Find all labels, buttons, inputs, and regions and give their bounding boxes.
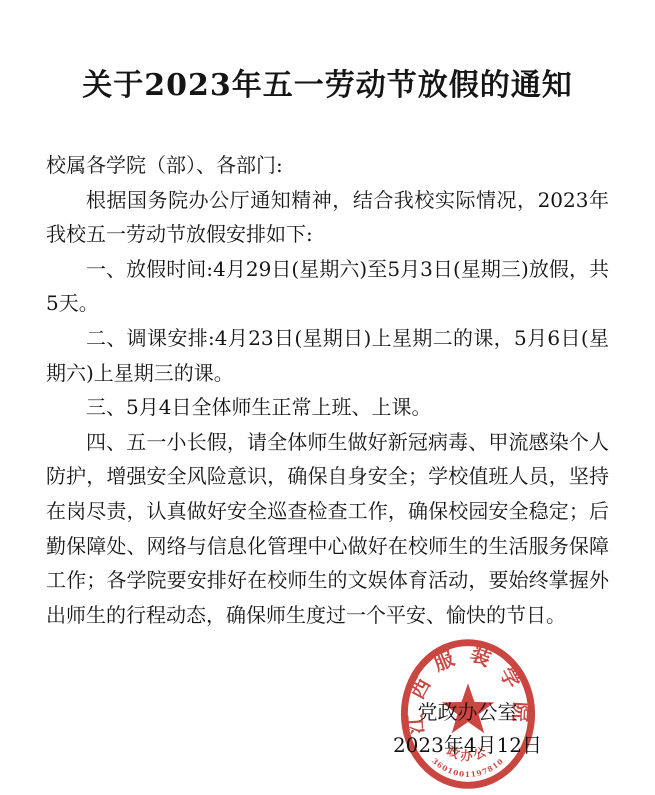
signature-office: 党政办公室 [355,696,580,729]
notice-body: 校属各学院（部）、各部门: 根据国务院办公厅通知精神，结合我校实际情况，2023… [46,148,609,632]
notice-paragraph-item-2: 二、调课安排:4月23日(星期日)上星期二的课，5月6日(星期六)上星期三的课。 [46,321,609,390]
notice-paragraph-item-1: 一、放假时间:4月29日(星期六)至5月3日(星期三)放假，共5天。 [46,252,609,321]
signature-date: 2023年4月12日 [355,729,580,762]
notice-paragraph-intro: 根据国务院办公厅通知精神，结合我校实际情况，2023年我校五一劳动节放假安排如下… [46,183,609,252]
notice-salutation: 校属各学院（部）、各部门: [46,148,609,183]
notice-title: 关于2023年五一劳动节放假的通知 [0,60,655,104]
notice-document-page: 关于2023年五一劳动节放假的通知 校属各学院（部）、各部门: 根据国务院办公厅… [0,0,655,795]
notice-paragraph-item-4: 四、五一小长假，请全体师生做好新冠病毒、甲流感染个人防护，增强安全风险意识，确保… [46,425,609,633]
notice-paragraph-item-3: 三、5月4日全体师生正常上班、上课。 [46,390,609,425]
signature-block: 党政办公室 2023年4月12日 [355,696,580,762]
